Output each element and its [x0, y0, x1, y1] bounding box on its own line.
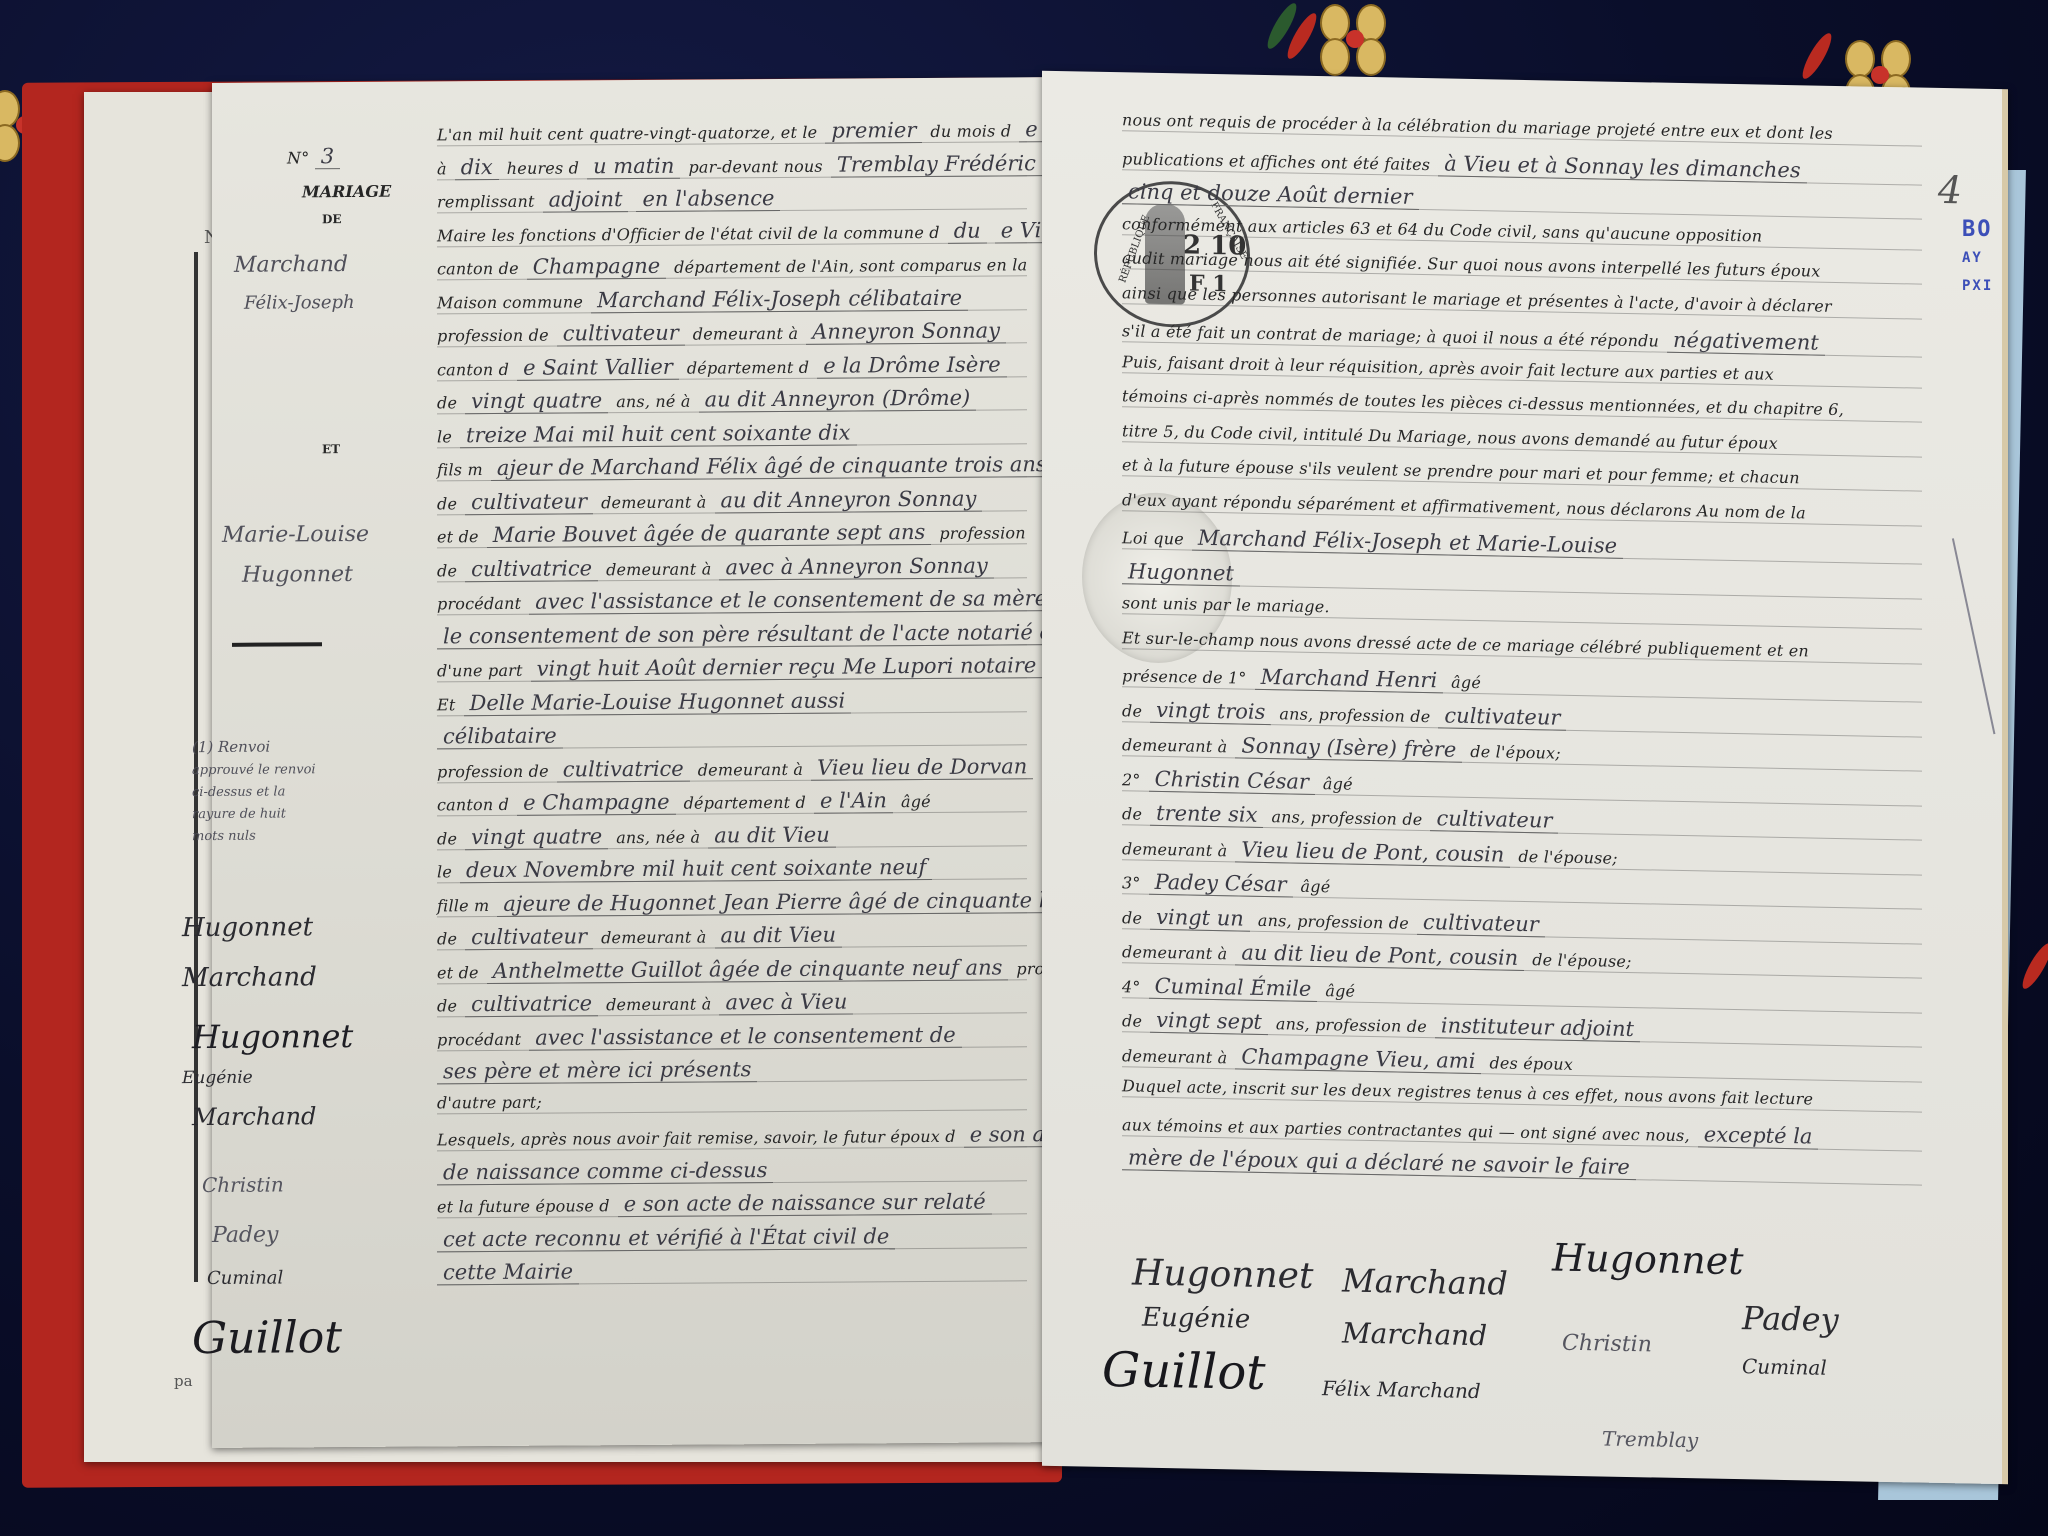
handwritten-entry: Christin César: [1149, 766, 1315, 794]
printed-text: ans, né à: [616, 392, 690, 412]
heading-et: ET: [322, 442, 340, 456]
handwritten-entry: Padey César: [1149, 870, 1293, 898]
handwritten-entry: ajeur de Marchand Félix âgé de cinquante…: [491, 452, 1053, 481]
handwritten-entry: dix: [455, 154, 499, 179]
register-book: NU pa N° 3 MARIAGE DE ET Marchand Félix-…: [22, 60, 1997, 1480]
handwritten-entry: Delle Marie-Louise Hugonnet aussi: [464, 688, 852, 716]
handwritten-entry: vingt un: [1150, 904, 1250, 931]
printed-text: et de: [437, 527, 479, 546]
handwritten-entry: cultivatrice: [557, 756, 690, 782]
printed-text: remplissant: [437, 192, 535, 212]
document-line: de naissance comme ci-dessus: [437, 1156, 1027, 1185]
handwritten-entry: vingt sept: [1150, 1008, 1268, 1035]
handwritten-entry: avec l'assistance et le consentement de: [529, 1022, 961, 1050]
printed-text: de: [437, 929, 457, 948]
document-line: fils majeur de Marchand Félix âgé de cin…: [437, 452, 1027, 481]
handwritten-entry: cultivateur: [1417, 909, 1545, 936]
printed-text: d'eux ayant répondu séparément et affirm…: [1122, 490, 1806, 522]
printed-text: de: [1122, 1011, 1142, 1030]
printed-text: nous ont requis de procéder à la célébra…: [1122, 110, 1833, 143]
printed-text: d'autre part;: [437, 1092, 542, 1112]
handwritten-entry: e Champagne: [517, 790, 676, 816]
printed-text: âgé: [1325, 981, 1355, 1001]
printed-text: Duquel acte, inscrit sur les deux regist…: [1122, 1076, 1813, 1108]
printed-text: de: [437, 561, 457, 580]
document-line: cette Mairie: [437, 1256, 1027, 1285]
printed-text: fils m: [437, 460, 483, 479]
handwritten-entry: cette Mairie: [437, 1259, 579, 1285]
handwritten-entry: au dit Anneyron Sonnay: [715, 486, 983, 513]
handwritten-entry: cet acte reconnu et vérifié à l'État civ…: [437, 1224, 895, 1252]
handwritten-entry: e la Drôme Isère: [817, 352, 1007, 378]
document-line: fille majeure de Hugonnet Jean Pierre âg…: [437, 888, 1027, 917]
printed-text: Maison commune: [437, 292, 583, 312]
printed-text: de l'époux;: [1470, 742, 1561, 763]
printed-text: Et: [437, 695, 456, 714]
handwritten-entry: négativement: [1667, 328, 1825, 356]
document-line: detrente sixans, profession decultivateu…: [1122, 800, 1922, 840]
printed-text: demeurant à: [1122, 839, 1227, 860]
handwritten-entry: cultivateur: [1438, 703, 1566, 730]
handwritten-entry: excepté la: [1698, 1122, 1819, 1149]
handwritten-entry: Vieu lieu de Pont, cousin: [1235, 837, 1510, 867]
handwritten-entry: au dit Vieu: [715, 923, 842, 949]
document-line: ledeux Novembre mil huit cent soixante n…: [437, 854, 1027, 883]
document-line: EtDelle Marie-Louise Hugonnet aussi: [437, 687, 1027, 716]
handwritten-entry: de naissance comme ci-dessus: [437, 1158, 773, 1185]
document-line: titre 5, du Code civil, intitulé Du Mari…: [1122, 421, 1922, 457]
handwritten-entry: vingt quatre: [465, 824, 608, 850]
document-line: publications et affiches ont été faitesà…: [1122, 145, 1922, 185]
printed-text: le: [437, 862, 452, 881]
printed-text: âgé: [1323, 774, 1353, 794]
document-line: devingt septans, profession deinstituteu…: [1122, 1007, 1922, 1047]
handwritten-entry: instituteur adjoint: [1435, 1013, 1640, 1042]
printed-text: sont unis par le mariage.: [1122, 593, 1330, 616]
handwritten-entry: e Saint Vallier: [517, 354, 679, 380]
handwritten-entry: à Vieu et à Sonnay les dimanches: [1438, 151, 1806, 183]
signature-block: Hugonnet Marchand Hugonnet Eugénie March…: [1042, 71, 2002, 89]
handwritten-entry: Tremblay Frédéric: [831, 151, 1042, 177]
document-line: profession decultivateurdemeurant àAnney…: [437, 318, 1027, 347]
document-line: 4°Cuminal Émileâgé: [1122, 973, 1922, 1013]
printed-text: ans, née à: [616, 827, 700, 847]
printed-text: procédant: [437, 594, 521, 614]
handwritten-entry: cultivateur: [557, 321, 685, 347]
handwritten-entry: mère de l'époux qui a déclaré ne savoir …: [1122, 1145, 1636, 1180]
printed-text: de: [1122, 804, 1142, 823]
printed-text: et la future épouse d: [437, 1196, 610, 1216]
handwritten-entry: cultivatrice: [465, 991, 598, 1017]
handwritten-entry: e l'Ain: [814, 788, 893, 814]
document-line: témoins ci-après nommés de toutes les pi…: [1122, 386, 1922, 422]
margin-groom-given: Félix-Joseph: [244, 292, 355, 314]
document-line: Loi queMarchand Félix-Joseph et Marie-Lo…: [1122, 524, 1922, 564]
document-line: letreize Mai mil huit cent soixante dix: [437, 419, 1027, 448]
document-line: Maire les fonctions d'Officier de l'état…: [437, 218, 1027, 247]
printed-text: s'il a été fait un contrat de mariage; à…: [1122, 321, 1659, 350]
document-line: canton deChampagnedépartement de l'Ain, …: [437, 251, 1027, 280]
handwritten-entry: cultivatrice: [465, 556, 598, 582]
document-line: decultivatricedemeurant àavec à Vieu: [437, 988, 1027, 1017]
document-line: canton de Champagnedépartement de l'Ainâ…: [437, 787, 1027, 816]
printed-text: département de l'Ain, sont comparus en l…: [674, 255, 1027, 276]
document-line: ses père et mère ici présents: [437, 1055, 1027, 1084]
printed-text: Loi que: [1122, 528, 1184, 548]
document-line: cet acte reconnu et vérifié à l'État civ…: [437, 1223, 1027, 1252]
printed-text: et à la future épouse s'ils veulent se p…: [1122, 455, 1800, 487]
document-line: procédantavec l'assistance et le consent…: [437, 1022, 1027, 1051]
handwritten-entry: trente six: [1150, 801, 1263, 828]
printed-text: à: [437, 159, 447, 178]
handwritten-entry: u matin: [587, 153, 680, 179]
handwritten-entry: ajeure de Hugonnet Jean Pierre âgé de ci…: [497, 887, 1087, 916]
handwritten-entry: cultivateur: [1430, 806, 1558, 833]
printed-text: de: [1122, 701, 1142, 720]
printed-text: demeurant à: [1122, 1046, 1227, 1067]
handwritten-entry: Anneyron Sonnay: [806, 318, 1006, 344]
printed-text: demeurant à: [601, 492, 706, 512]
handwritten-entry: vingt trois: [1150, 697, 1271, 724]
printed-text: du mois d: [930, 121, 1011, 141]
handwritten-entry: célibataire: [437, 724, 563, 750]
printed-text: ans, profession de: [1279, 704, 1430, 726]
document-line: nous ont requis de procéder à la célébra…: [1122, 110, 1922, 146]
printed-text: département d: [684, 793, 806, 813]
printed-text: présence de 1°: [1122, 666, 1247, 687]
document-line: d'autre part;: [437, 1089, 1027, 1114]
document-line: demeurant àVieu lieu de Pont, cousinde l…: [1122, 835, 1922, 875]
folio-mark: 4: [1938, 168, 1962, 212]
handwritten-entry: adjoint: [543, 187, 629, 213]
handwritten-entry: au dit Anneyron (Drôme): [699, 386, 977, 413]
document-line: d'eux ayant répondu séparément et affirm…: [1122, 490, 1922, 526]
printed-text: ainsi que les personnes autorisant le ma…: [1122, 283, 1832, 316]
document-line: profession decultivatricedemeurant àVieu…: [437, 754, 1027, 783]
printed-text: témoins ci-après nommés de toutes les pi…: [1122, 386, 1844, 419]
printed-text: de: [1122, 908, 1142, 927]
printed-text: 2°: [1122, 770, 1141, 789]
printed-text: de: [437, 829, 457, 848]
document-line: ainsi que les personnes autorisant le ma…: [1122, 283, 1922, 319]
handwritten-entry: au dit Vieu: [708, 822, 835, 848]
margin-bride-given: Marie-Louise: [222, 522, 369, 548]
printed-text: canton d: [437, 359, 509, 379]
printed-text: Puis, faisant droit à leur réquisition, …: [1122, 352, 1774, 384]
document-line: 3°Padey Césarâgé: [1122, 869, 1922, 909]
printed-text: ans, profession de: [1271, 807, 1422, 829]
right-page-text: nous ont requis de procéder à la célébra…: [1042, 71, 2002, 89]
printed-text: demeurant à: [601, 928, 706, 948]
handwritten-entry: Anthelmette Guillot âgée de cinquante ne…: [487, 955, 1009, 984]
printed-text: de l'épouse;: [1532, 950, 1631, 971]
document-line: Duquel acte, inscrit sur les deux regist…: [1122, 1076, 1922, 1112]
handwritten-entry: Sonnay (Isère) frère: [1235, 733, 1462, 762]
left-page: N° 3 MARIAGE DE ET Marchand Félix-Joseph…: [212, 77, 1062, 1448]
printed-text: âgé: [1301, 877, 1331, 897]
printed-text: de l'épouse;: [1518, 846, 1617, 867]
printed-text: heures d: [507, 158, 579, 178]
handwritten-entry: avec à Vieu: [719, 989, 853, 1015]
act-number: N° 3: [287, 144, 340, 168]
document-line: aux témoins et aux parties contractantes…: [1122, 1111, 1922, 1151]
document-line: demeurant àau dit lieu de Pont, cousinde…: [1122, 938, 1922, 978]
printed-text: le: [437, 427, 452, 446]
document-line: le consentement de son père résultant de…: [437, 620, 1027, 649]
printed-text: demeurant à: [693, 324, 798, 344]
act-number-value: 3: [315, 144, 341, 169]
printed-text: aux témoins et aux parties contractantes…: [1122, 1115, 1690, 1145]
printed-text: d'une part: [437, 661, 523, 681]
margin-note: (1) Renvoi approuvé le renvoi ci-dessus …: [212, 77, 1062, 83]
document-line: decultivateurdemeurant àau dit Vieu: [437, 921, 1027, 950]
document-line: remplissantadjointen l'absence: [437, 184, 1027, 213]
printed-text: demeurant à: [606, 994, 711, 1014]
document-line: et à la future épouse s'ils veulent se p…: [1122, 455, 1922, 491]
printed-text: publications et affiches ont été faites: [1122, 149, 1430, 174]
printed-text: canton d: [437, 795, 509, 815]
printed-text: Lesquels, après nous avoir fait remise, …: [437, 1127, 956, 1150]
document-line: L'an mil huit cent quatre-vingt-quatorze…: [437, 117, 1027, 146]
handwritten-entry: cultivateur: [465, 924, 593, 950]
printed-text: profession: [939, 523, 1025, 543]
handwritten-entry: vingt quatre: [465, 388, 608, 414]
printed-text: fille m: [437, 896, 489, 915]
printed-text: L'an mil huit cent quatre-vingt-quatorze…: [437, 123, 817, 145]
handwritten-entry: premier: [825, 118, 922, 144]
printed-text: par-devant nous: [688, 156, 822, 176]
handwritten-entry: Marchand Félix-Joseph célibataire: [591, 285, 968, 313]
right-page: 4 RÉPUBLIQUE FRANÇAISE 2 10 F 1 nous ont…: [1042, 71, 2008, 1485]
handwritten-entry: Marchand Henri: [1255, 665, 1444, 694]
margin-rule: [232, 642, 322, 647]
document-line: devingt quatreans, né àau dit Anneyron (…: [437, 385, 1027, 414]
document-line: procédantavec l'assistance et le consent…: [437, 586, 1027, 615]
document-line: demeurant àSonnay (Isère) frèrede l'épou…: [1122, 731, 1922, 771]
printed-text: demeurant à: [606, 559, 711, 579]
insert-sheet-stamp: BO AY PXI: [1962, 216, 1993, 300]
document-line: d'une partvingt huit Août dernier reçu M…: [437, 653, 1027, 682]
margin-groom-surname: Marchand: [234, 252, 348, 278]
handwritten-entry: vingt huit Août dernier reçu Me Lupori n…: [531, 653, 1130, 682]
handwritten-entry: Marie Bouvet âgée de quarante sept ans: [487, 520, 932, 548]
document-line: àdixheures du matinpar-devant nousTrembl…: [437, 151, 1027, 180]
document-line: célibataire: [437, 720, 1027, 749]
document-line: et deMarie Bouvet âgée de quarante sept …: [437, 519, 1027, 548]
footer-fragment: pa: [174, 1372, 193, 1390]
printed-text: âgé: [1451, 673, 1481, 693]
handwritten-entry: deux Novembre mil huit cent soixante neu…: [460, 855, 932, 883]
document-line: demeurant àChampagne Vieu, amides époux: [1122, 1042, 1922, 1082]
printed-text: de: [437, 996, 457, 1015]
document-line: et deAnthelmette Guillot âgée de cinquan…: [437, 955, 1027, 984]
printed-text: Maire les fonctions d'Officier de l'état…: [437, 222, 940, 245]
handwritten-entry: ses père et mère ici présents: [437, 1057, 757, 1084]
margin-bride-surname: Hugonnet: [242, 562, 353, 588]
heading-mariage: MARIAGE: [302, 182, 391, 202]
handwritten-entry: Champagne: [527, 254, 666, 280]
printed-text: de: [437, 393, 457, 412]
document-line: sont unis par le mariage.: [1122, 593, 1922, 629]
heading-de: DE: [322, 212, 342, 226]
document-line: cinq et douze Août dernier: [1122, 179, 1922, 219]
document-line: 2°Christin Césarâgé: [1122, 766, 1922, 806]
handwritten-entry: au dit lieu de Pont, cousin: [1235, 940, 1524, 971]
document-line: et la future épouse de son acte de naiss…: [437, 1189, 1027, 1218]
document-line: decultivateurdemeurant àau dit Anneyron …: [437, 486, 1027, 515]
handwritten-entry: Champagne Vieu, ami: [1235, 1044, 1481, 1074]
printed-text: demeurant à: [1122, 942, 1227, 963]
handwritten-entry: Vieu lieu de Dorvan: [811, 754, 1033, 781]
printed-text: Et sur-le-champ nous avons dressé acte d…: [1122, 628, 1809, 660]
printed-text: et de: [437, 963, 479, 982]
act-number-label: N°: [287, 148, 309, 167]
document-line: Maison communeMarchand Félix-Joseph céli…: [437, 285, 1027, 314]
document-line: devingt quatreans, née àau dit Vieu: [437, 821, 1027, 850]
handwritten-entry: treize Mai mil huit cent soixante dix: [460, 420, 857, 448]
printed-text: procédant: [437, 1029, 521, 1049]
handwritten-entry: en l'absence: [636, 186, 780, 212]
handwritten-entry: cultivateur: [465, 489, 593, 515]
handwritten-entry: Cuminal Émile: [1149, 973, 1318, 1001]
document-line: présence de 1°Marchand Henriâgé: [1122, 662, 1922, 702]
printed-text: demeurant à: [1122, 735, 1227, 756]
printed-text: ans, profession de: [1276, 1014, 1427, 1036]
document-line: devingt troisans, profession decultivate…: [1122, 697, 1922, 737]
handwritten-entry: e son acte de naissance sur relaté: [618, 1190, 992, 1218]
document-line: Hugonnet: [1122, 559, 1922, 599]
handwritten-entry: avec à Anneyron Sonnay: [719, 553, 993, 580]
printed-text: 4°: [1122, 977, 1141, 996]
handwritten-entry: Marchand Félix-Joseph et Marie-Louise: [1192, 526, 1623, 559]
handwritten-entry: du: [948, 218, 987, 243]
document-line: s'il a été fait un contrat de mariage; à…: [1122, 317, 1922, 357]
handwritten-entry: Hugonnet: [1122, 559, 1240, 586]
printed-text: département d: [687, 357, 809, 377]
printed-text: profession de: [437, 761, 549, 781]
left-page-text: L'an mil huit cent quatre-vingt-quatorze…: [212, 77, 1062, 83]
printed-text: âgé: [901, 792, 931, 811]
printed-text: profession de: [437, 326, 549, 346]
margin-signatures: Hugonnet Marchand Hugonnet Eugénie March…: [212, 77, 1062, 83]
document-line: devingt unans, profession decultivateur: [1122, 904, 1922, 944]
document-line: canton de Saint Vallierdépartement de la…: [437, 352, 1027, 381]
printed-text: demeurant à: [698, 759, 803, 779]
printed-text: titre 5, du Code civil, intitulé Du Mari…: [1122, 421, 1778, 453]
document-line: Et sur-le-champ nous avons dressé acte d…: [1122, 628, 1922, 664]
embroidered-leaf-icon: [2018, 940, 2048, 992]
printed-text: 3°: [1122, 873, 1141, 892]
document-line: Lesquels, après nous avoir fait remise, …: [437, 1122, 1027, 1151]
printed-text: des époux: [1489, 1053, 1572, 1074]
document-line: Puis, faisant droit à leur réquisition, …: [1122, 352, 1922, 388]
document-line: decultivatricedemeurant àavec à Anneyron…: [437, 553, 1027, 582]
printed-text: de: [437, 494, 457, 513]
printed-text: ans, profession de: [1258, 910, 1409, 932]
printed-text: canton de: [437, 259, 519, 279]
document-line: mère de l'époux qui a déclaré ne savoir …: [1122, 1145, 1922, 1185]
